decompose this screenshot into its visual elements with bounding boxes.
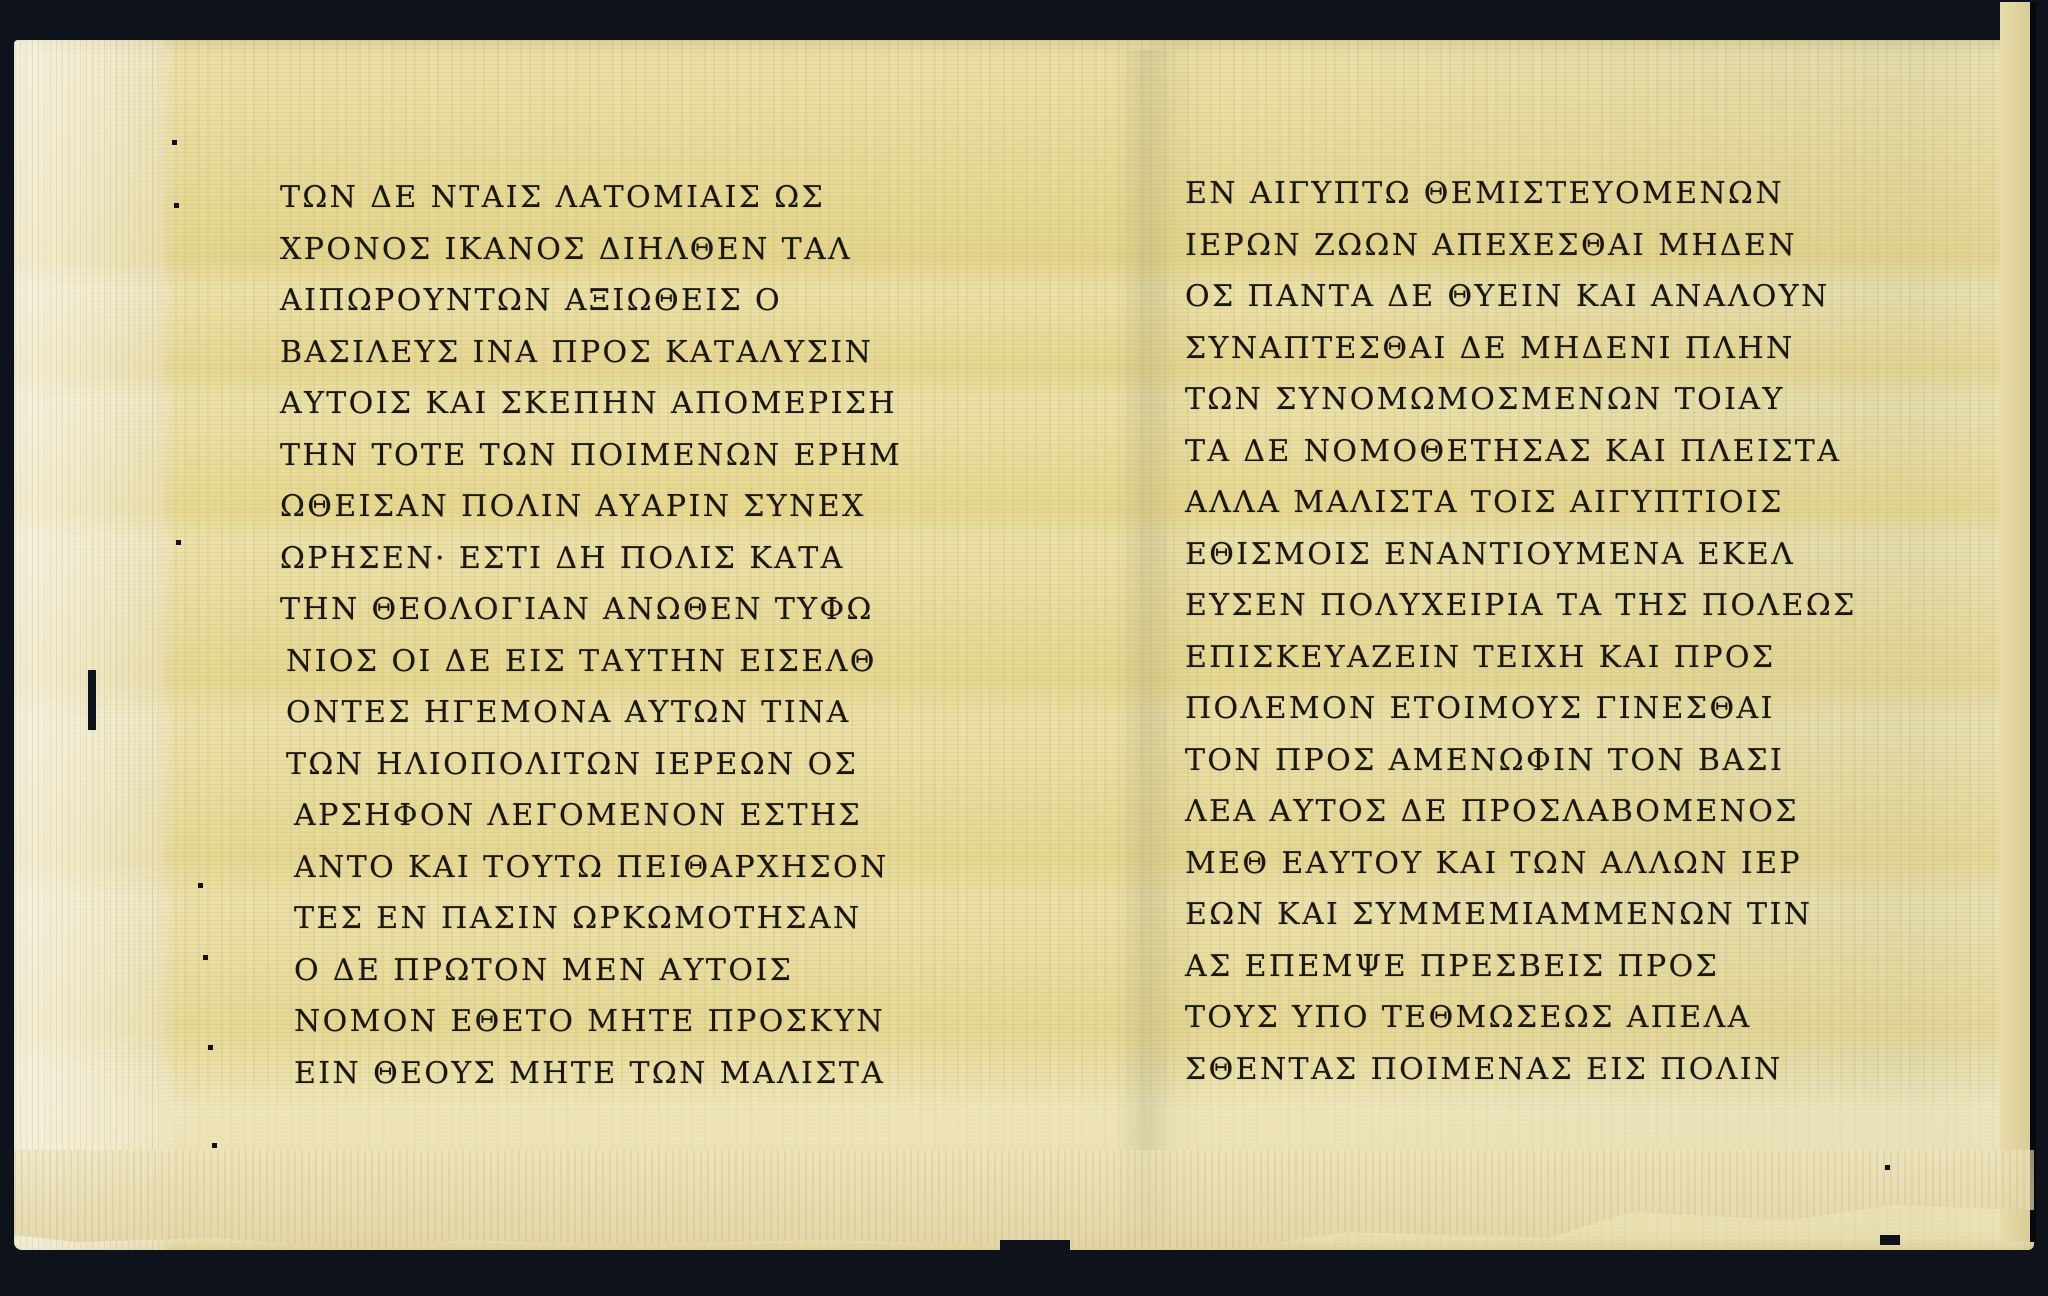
text-line: ΟΣ ΠΑΝΤΑ ΔΕ ΘΥΕΙΝ ΚΑΙ ΑΝΑΛΟΥΝ [1185,271,1857,323]
text-line: ΤΟΝ ΠΡΟΣ ΑΜΕΝΩΦΙΝ ΤΟΝ ΒΑΣΙ [1185,735,1857,787]
margin-dot [174,203,179,208]
papyrus-right-edge [2000,2,2036,1242]
text-line: ΕΩΝ ΚΑΙ ΣΥΜΜΕΜΙΑΜΜΕΝΩΝ ΤΙΝ [1185,889,1857,941]
text-line: ΕΝ ΑΙΓΥΠΤΩ ΘΕΜΙΣΤΕΥΟΜΕΝΩΝ [1185,168,1857,220]
text-line: Ο ΔΕ ΠΡΩΤΟΝ ΜΕΝ ΑΥΤΟΙΣ [280,945,902,997]
margin-dot [212,1143,217,1148]
text-column-right: ΕΝ ΑΙΓΥΠΤΩ ΘΕΜΙΣΤΕΥΟΜΕΝΩΝ ΙΕΡΩΝ ΖΩΩΝ ΑΠΕ… [1185,168,1857,1095]
text-line: ΕΠΙΣΚΕΥΑΖΕΙΝ ΤΕΙΧΗ ΚΑΙ ΠΡΟΣ [1185,632,1857,684]
text-line: ΑΛΛΑ ΜΑΛΙΣΤΑ ΤΟΙΣ ΑΙΓΥΠΤΙΟΙΣ [1185,477,1857,529]
text-line: ΕΘΙΣΜΟΙΣ ΕΝΑΝΤΙΟΥΜΕΝΑ ΕΚΕΛ [1185,529,1857,581]
text-line: ΤΗΝ ΤΟΤΕ ΤΩΝ ΠΟΙΜΕΝΩΝ ΕΡΗΜ [280,430,902,482]
tear-hole [88,670,96,730]
text-line: ΤΗΝ ΘΕΟΛΟΓΙΑΝ ΑΝΩΘΕΝ ΤΥΦΩ [280,584,902,636]
margin-dot [1885,1165,1890,1170]
text-line: ΟΝΤΕΣ ΗΓΕΜΟΝΑ ΑΥΤΩΝ ΤΙΝΑ [280,687,902,739]
text-line: ΛΕΑ ΑΥΤΟΣ ΔΕ ΠΡΟΣΛΑΒΟΜΕΝΟΣ [1185,786,1857,838]
text-line: ΣΥΝΑΠΤΕΣΘΑΙ ΔΕ ΜΗΔΕΝΙ ΠΛΗΝ [1185,323,1857,375]
tear-hole [1880,1235,1900,1245]
tear-hole [1240,1255,1360,1275]
text-line: ΑΡΣΗΦΟΝ ΛΕΓΟΜΕΝΟΝ ΕΣΤΗΣ [280,790,902,842]
text-line: ΝΟΜΟΝ ΕΘΕΤΟ ΜΗΤΕ ΠΡΟΣΚΥΝ [280,996,902,1048]
text-line: ΙΕΡΩΝ ΖΩΩΝ ΑΠΕΧΕΣΘΑΙ ΜΗΔΕΝ [1185,220,1857,272]
text-line: ΤΩΝ ΔΕ ΝΤΑΙΣ ΛΑΤΟΜΙΑΙΣ ΩΣ [280,172,902,224]
text-line: ΧΡΟΝΟΣ ΙΚΑΝΟΣ ΔΙΗΛΘΕΝ ΤΑΛ [280,224,902,276]
papyrus-left-margin-strip [14,40,164,1250]
photo-scene: ΤΩΝ ΔΕ ΝΤΑΙΣ ΛΑΤΟΜΙΑΙΣ ΩΣ ΧΡΟΝΟΣ ΙΚΑΝΟΣ … [0,0,2048,1296]
text-line: ΩΘΕΙΣΑΝ ΠΟΛΙΝ ΑΥΑΡΙΝ ΣΥΝΕΧ [280,481,902,533]
text-line: ΕΥΣΕΝ ΠΟΛΥΧΕΙΡΙΑ ΤΑ ΤΗΣ ΠΟΛΕΩΣ [1185,580,1857,632]
text-line: ΝΙΟΣ ΟΙ ΔΕ ΕΙΣ ΤΑΥΤΗΝ ΕΙΣΕΛΘ [280,636,902,688]
text-line: ΤΩΝ ΣΥΝΟΜΩΜΟΣΜΕΝΩΝ ΤΟΙΑΥ [1185,374,1857,426]
margin-dot [172,140,177,145]
text-line: ΤΕΣ ΕΝ ΠΑΣΙΝ ΩΡΚΩΜΟΤΗΣΑΝ [280,893,902,945]
text-line: ΤΑ ΔΕ ΝΟΜΟΘΕΤΗΣΑΣ ΚΑΙ ΠΛΕΙΣΤΑ [1185,426,1857,478]
text-line: ΠΟΛΕΜΟΝ ΕΤΟΙΜΟΥΣ ΓΙΝΕΣΘΑΙ [1185,683,1857,735]
margin-dot [198,883,203,888]
text-line: ΑΥΤΟΙΣ ΚΑΙ ΣΚΕΠΗΝ ΑΠΟΜΕΡΙΣΗ [280,378,902,430]
margin-dot [203,955,208,960]
text-line: ΜΕΘ ΕΑΥΤΟΥ ΚΑΙ ΤΩΝ ΑΛΛΩΝ ΙΕΡ [1185,838,1857,890]
text-column-left: ΤΩΝ ΔΕ ΝΤΑΙΣ ΛΑΤΟΜΙΑΙΣ ΩΣ ΧΡΟΝΟΣ ΙΚΑΝΟΣ … [280,172,902,1099]
text-line: ΑΙΠΩΡΟΥΝΤΩΝ ΑΞΙΩΘΕΙΣ Ο [280,275,902,327]
column-gutter [1115,50,1175,1240]
text-line: ΒΑΣΙΛΕΥΣ ΙΝΑ ΠΡΟΣ ΚΑΤΑΛΥΣΙΝ [280,327,902,379]
margin-dot [176,540,181,545]
text-line: ΤΟΥΣ ΥΠΟ ΤΕΘΜΩΣΕΩΣ ΑΠΕΛΑ [1185,992,1857,1044]
text-line: ΕΙΝ ΘΕΟΥΣ ΜΗΤΕ ΤΩΝ ΜΑΛΙΣΤΑ [280,1048,902,1100]
tear-hole [1000,1240,1070,1252]
margin-dot [208,1045,213,1050]
text-line: ΑΝΤΟ ΚΑΙ ΤΟΥΤΩ ΠΕΙΘΑΡΧΗΣΟΝ [280,842,902,894]
text-line: ΑΣ ΕΠΕΜΨΕ ΠΡΕΣΒΕΙΣ ΠΡΟΣ [1185,941,1857,993]
text-line: ΤΩΝ ΗΛΙΟΠΟΛΙΤΩΝ ΙΕΡΕΩΝ ΟΣ [280,739,902,791]
text-line: ΩΡΗΣΕΝ· ΕΣΤΙ ΔΗ ΠΟΛΙΣ ΚΑΤΑ [280,533,902,585]
text-line: ΣΘΕΝΤΑΣ ΠΟΙΜΕΝΑΣ ΕΙΣ ΠΟΛΙΝ [1185,1044,1857,1096]
